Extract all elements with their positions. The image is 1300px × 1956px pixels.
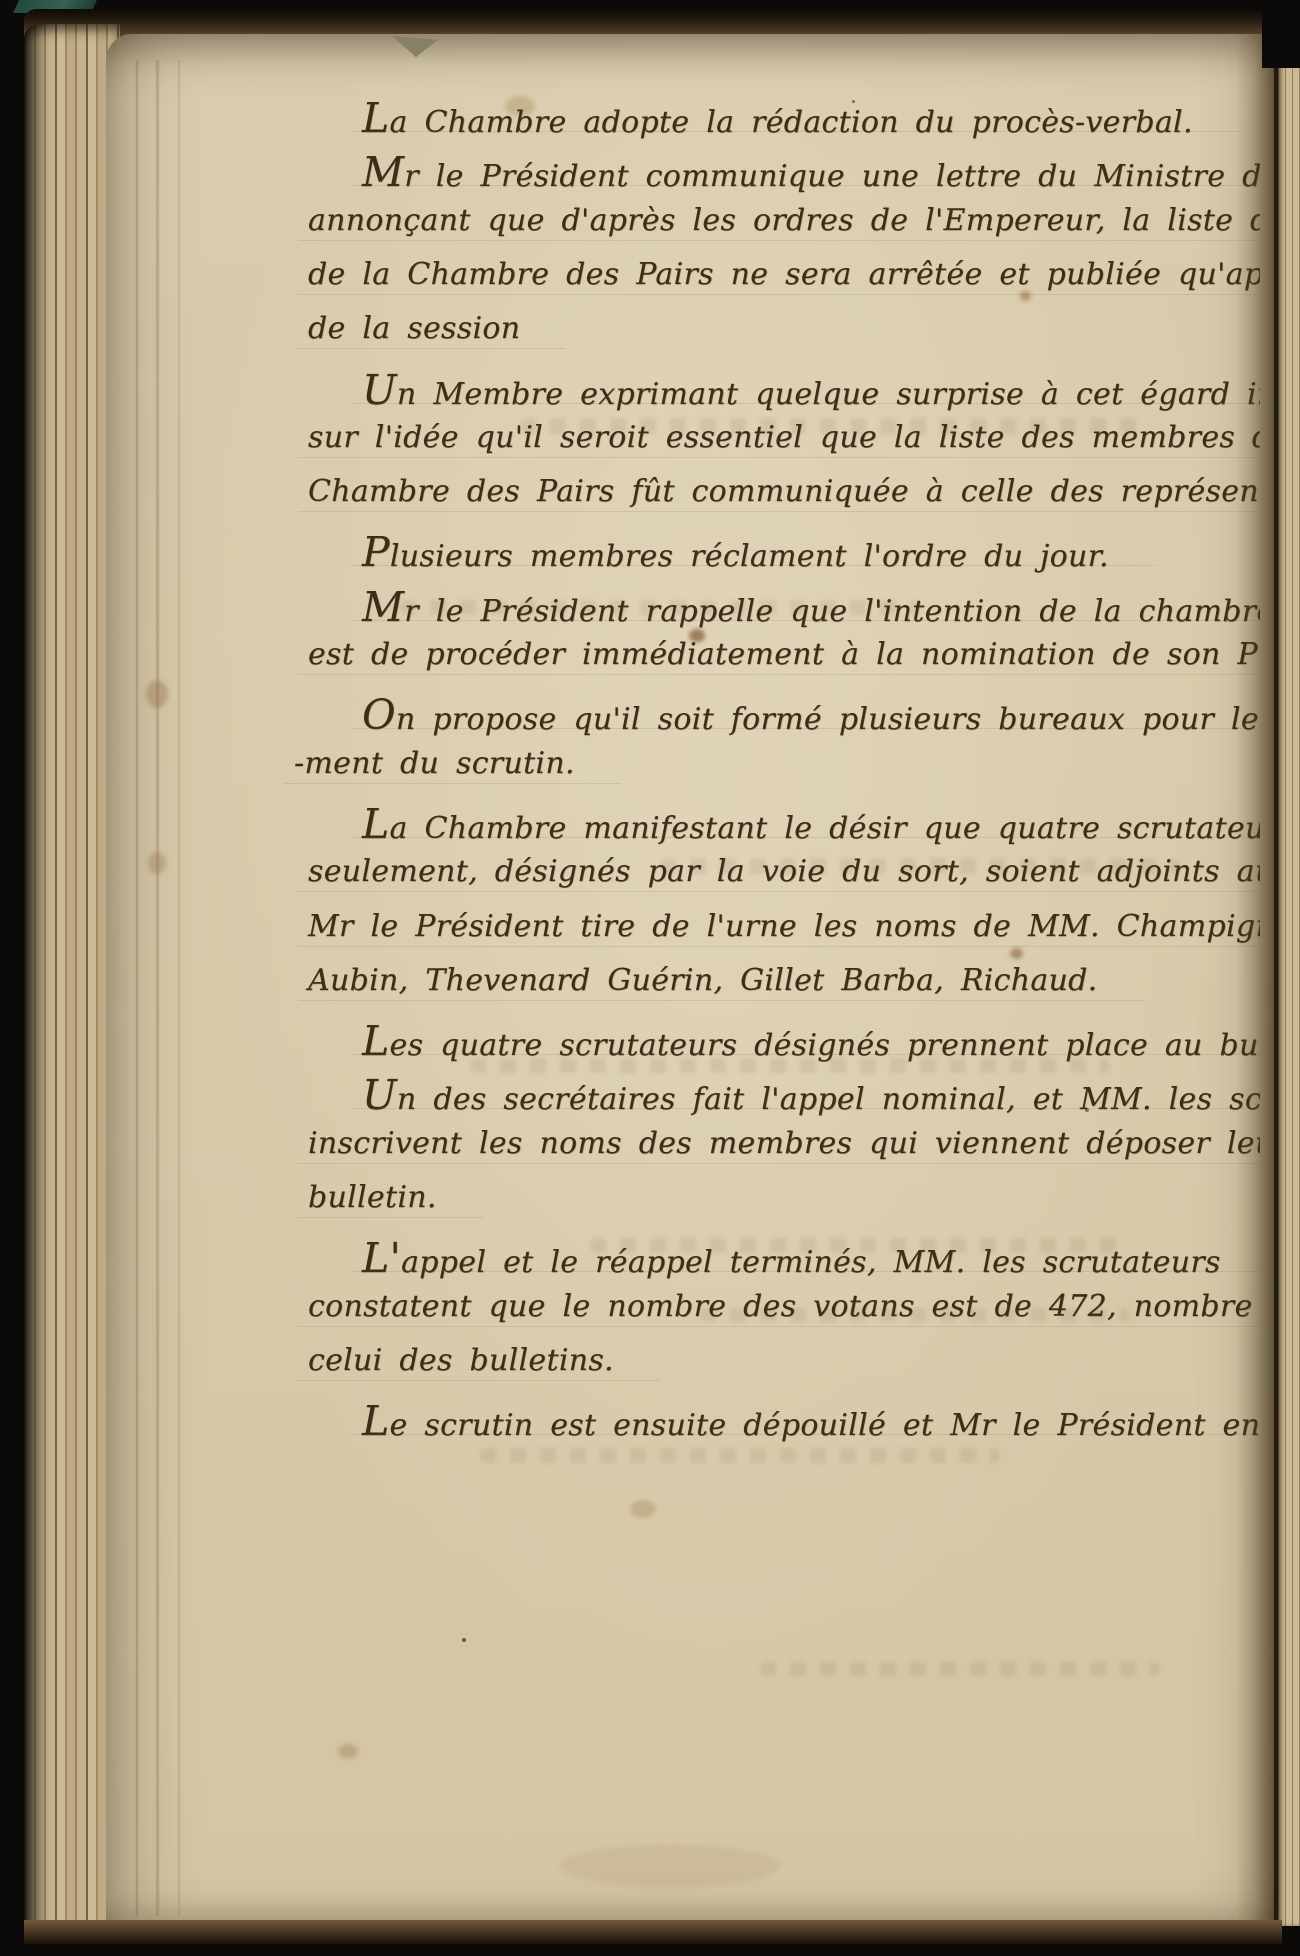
manuscript-line: On propose qu'il soit formé plusieurs bu… xyxy=(362,691,1260,737)
manuscript-line: L'appel et le réappel terminés, MM. les … xyxy=(362,1234,1221,1280)
manuscript-line: constatent que le nombre des votans est … xyxy=(308,1289,1260,1335)
manuscript-line: Mr le Président communique une lettre du… xyxy=(362,148,1260,194)
background-corner xyxy=(1262,0,1300,68)
manuscript-line: de la session xyxy=(308,311,520,357)
manuscript-line: sur l'idée qu'il seroit essentiel que la… xyxy=(308,420,1260,466)
manuscript-line: Un des secrétaires fait l'appel nominal,… xyxy=(362,1071,1260,1117)
next-page-edge xyxy=(1278,46,1300,1926)
manuscript-line: Aubin, Thevenard Guérin, Gillet Barba, R… xyxy=(308,963,1098,1009)
manuscript-line: La Chambre manifestant le désir que quat… xyxy=(362,800,1260,846)
manuscript-line: celui des bulletins. xyxy=(308,1343,614,1389)
manuscript-line: inscrivent les noms des membres qui vien… xyxy=(308,1126,1260,1172)
manuscript-line: Mr le Président tire de l'urne les noms … xyxy=(308,909,1260,955)
manuscript-line: annonçant que d'après les ordres de l'Em… xyxy=(308,203,1260,249)
manuscript-line: Chambre des Pairs fût communiquée à cell… xyxy=(308,474,1260,520)
manuscript-line: La Chambre adopte la rédaction du procès… xyxy=(362,94,1193,140)
manuscript-photo: La Chambre adopte la rédaction du procès… xyxy=(0,0,1300,1956)
manuscript-line: Les quatre scrutateurs désignés prennent… xyxy=(362,1017,1260,1063)
manuscript-line: de la Chambre des Pairs ne sera arrêtée … xyxy=(308,257,1260,303)
manuscript-line: bulletin. xyxy=(308,1180,437,1226)
page-block-bottom-edge xyxy=(24,1920,1282,1944)
manuscript-line: seulement, désignés par la voie du sort,… xyxy=(308,854,1260,900)
text-layer: La Chambre adopte la rédaction du procès… xyxy=(0,0,1260,1925)
manuscript-line: Plusieurs membres réclament l'ordre du j… xyxy=(362,528,1109,574)
manuscript-line: Un Membre exprimant quelque surprise à c… xyxy=(362,366,1260,412)
page-curvature-shadow xyxy=(1236,34,1280,1926)
manuscript-line: -ment du scrutin. xyxy=(294,746,575,792)
manuscript-line: Mr le Président rappelle que l'intention… xyxy=(362,583,1260,629)
manuscript-line: est de procéder immédiatement à la nomin… xyxy=(308,637,1260,683)
manuscript-line: Le scrutin est ensuite dépouillé et Mr l… xyxy=(362,1397,1260,1443)
